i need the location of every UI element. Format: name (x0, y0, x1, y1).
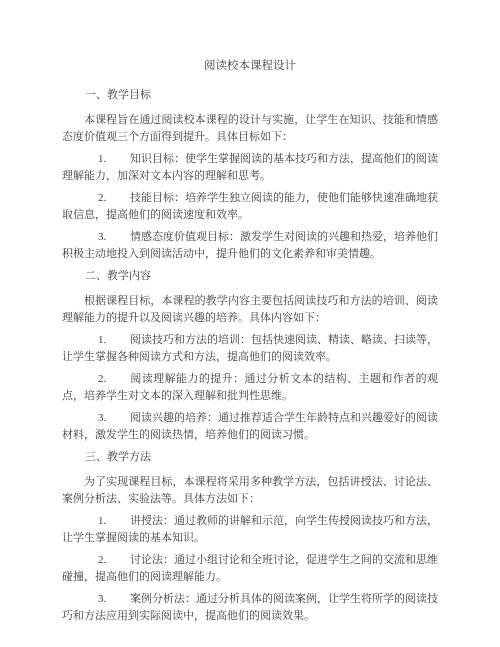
list-item: 1.知识目标：使学生掌握阅读的基本技巧和方法，提高他们的阅读理解能力，加深对文本… (62, 151, 438, 185)
list-item: 1.讲授法：通过教师的讲解和示范，向学生传授阅读技巧和方法，让学生掌握阅读的基本… (62, 513, 438, 547)
document-page: 阅读校本课程设计 一、教学目标 本课程旨在通过阅读校本课程的设计与实施，让学生在… (0, 0, 500, 647)
section-intro-paragraph: 为了实现课程目标，本课程将采用多种教学方法，包括讲授法、讨论法、案例分析法、实验… (62, 474, 438, 508)
section-heading-teaching-methods: 三、教学方法 (62, 449, 438, 466)
list-item: 3.情感态度价值观目标：激发学生对阅读的兴趣和热爱，培养他们积极主动地投入到阅读… (62, 229, 438, 263)
list-item-number: 1. (98, 332, 130, 349)
list-item: 1.阅读技巧和方法的培训：包括快速阅读、精读、略读、扫读等，让学生掌握各种阅读方… (62, 332, 438, 366)
list-item-number: 3. (98, 229, 130, 246)
list-item-number: 3. (98, 591, 130, 608)
list-item: 2.讨论法：通过小组讨论和全班讨论，促进学生之间的交流和思维碰撞，提高他们的阅读… (62, 552, 438, 586)
list-item: 3.案例分析法：通过分析具体的阅读案例，让学生将所学的阅读技巧和方法应用到实际阅… (62, 591, 438, 625)
section-heading-teaching-content: 二、教学内容 (62, 268, 438, 285)
list-item-number: 1. (98, 151, 130, 168)
document-title: 阅读校本课程设计 (62, 58, 438, 75)
list-item-number: 2. (98, 552, 130, 569)
list-item: 3.阅读兴趣的培养：通过推荐适合学生年龄特点和兴趣爱好的阅读材料，激发学生的阅读… (62, 410, 438, 444)
section-intro-paragraph: 根据课程目标，本课程的教学内容主要包括阅读技巧和方法的培训、阅读理解能力的提升以… (62, 293, 438, 327)
section-heading-teaching-objectives: 一、教学目标 (62, 87, 438, 104)
list-item: 2.技能目标：培养学生独立阅读的能力，使他们能够快速准确地获取信息，提高他们的阅… (62, 190, 438, 224)
section-intro-paragraph: 本课程旨在通过阅读校本课程的设计与实施，让学生在知识、技能和情感态度价值观三个方… (62, 112, 438, 146)
list-item: 2.阅读理解能力的提升：通过分析文本的结构、主题和作者的观点，培养学生对文本的深… (62, 371, 438, 405)
list-item-number: 3. (98, 410, 130, 427)
list-item-number: 2. (98, 190, 130, 207)
list-item-number: 1. (98, 513, 130, 530)
list-item-number: 2. (98, 371, 130, 388)
